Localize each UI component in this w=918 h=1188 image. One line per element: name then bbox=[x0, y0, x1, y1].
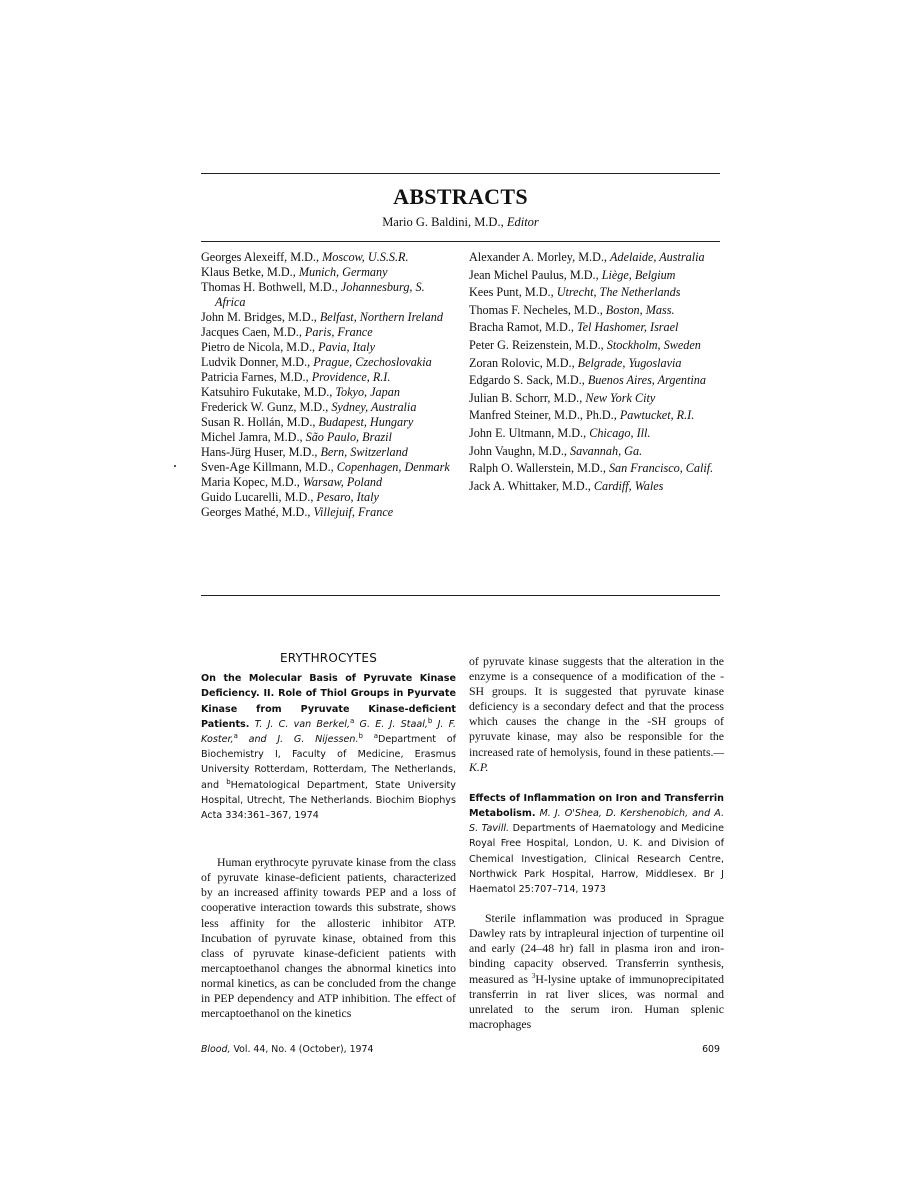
page-title: ABSTRACTS bbox=[201, 184, 720, 210]
member-name: Jacques Caen, M.D., bbox=[201, 325, 302, 339]
member-name: Alexander A. Morley, M.D., bbox=[469, 250, 607, 264]
editor-name: Mario G. Baldini, M.D., bbox=[382, 215, 504, 229]
member-location: Moscow, U.S.S.R. bbox=[322, 250, 408, 264]
board-member: Pietro de Nicola, M.D., Pavia, Italy bbox=[201, 340, 457, 355]
board-member: Jacques Caen, M.D., Paris, France bbox=[201, 325, 457, 340]
page-footer: Blood, Vol. 44, No. 4 (October), 1974 60… bbox=[201, 1044, 720, 1055]
member-location: Liège, Belgium bbox=[602, 268, 676, 282]
board-member: Ludvik Donner, M.D., Prague, Czechoslova… bbox=[201, 355, 457, 370]
member-name: Frederick W. Gunz, M.D., bbox=[201, 400, 328, 414]
member-name: Pietro de Nicola, M.D., bbox=[201, 340, 315, 354]
board-member: Katsuhiro Fukutake, M.D., Tokyo, Japan bbox=[201, 385, 457, 400]
member-location: Adelaide, Australia bbox=[610, 250, 705, 264]
member-name: Georges Mathé, M.D., bbox=[201, 505, 310, 519]
member-location: Copenhagen, Denmark bbox=[337, 460, 450, 474]
abstract2-citation: Effects of Inflammation on Iron and Tran… bbox=[469, 791, 724, 897]
member-location: Belfast, Northern Ireland bbox=[320, 310, 443, 324]
member-name: John E. Ultmann, M.D., bbox=[469, 426, 586, 440]
member-name: Katsuhiro Fukutake, M.D., bbox=[201, 385, 332, 399]
footnote-marker: a bbox=[350, 717, 354, 725]
member-name: Guido Lucarelli, M.D., bbox=[201, 490, 313, 504]
footnote-marker: b bbox=[359, 732, 363, 740]
board-member: Zoran Rolovic, M.D., Belgrade, Yugoslavi… bbox=[469, 356, 731, 371]
editorial-board-left: Georges Alexeiff, M.D., Moscow, U.S.S.R.… bbox=[201, 250, 457, 520]
top-rule bbox=[201, 173, 720, 174]
board-member: Alexander A. Morley, M.D., Adelaide, Aus… bbox=[469, 250, 731, 265]
abstract1-affiliation-b: Hematological Department, State Universi… bbox=[201, 780, 456, 821]
member-name: Kees Punt, M.D., bbox=[469, 285, 554, 299]
member-name: Patricia Farnes, M.D., bbox=[201, 370, 309, 384]
board-member: Jack A. Whittaker, M.D., Cardiff, Wales bbox=[469, 479, 731, 494]
footnote-marker: b bbox=[428, 717, 432, 725]
member-location: San Francisco, Calif. bbox=[609, 461, 713, 475]
member-name: Sven-Age Killmann, M.D., bbox=[201, 460, 334, 474]
member-name: Thomas H. Bothwell, M.D., bbox=[201, 280, 338, 294]
member-name: John M. Bridges, M.D., bbox=[201, 310, 317, 324]
member-name: Michel Jamra, M.D., bbox=[201, 430, 303, 444]
board-member: Thomas H. Bothwell, M.D., Johannesburg, … bbox=[201, 280, 457, 310]
member-location: Munich, Germany bbox=[299, 265, 388, 279]
member-name: Ralph O. Wallerstein, M.D., bbox=[469, 461, 606, 475]
abstract1-author: G. E. J. Staal, bbox=[360, 719, 428, 730]
member-name: Jack A. Whittaker, M.D., bbox=[469, 479, 591, 493]
member-location: Boston, Mass. bbox=[606, 303, 675, 317]
page-number: 609 bbox=[702, 1044, 720, 1055]
member-location: New York City bbox=[585, 391, 655, 405]
abstract1-body-continued: of pyruvate kinase suggests that the alt… bbox=[469, 654, 724, 775]
abstract2-body: Sterile inflammation was produced in Spr… bbox=[469, 911, 724, 1032]
member-location: Villejuif, France bbox=[314, 505, 394, 519]
member-name: Thomas F. Necheles, M.D., bbox=[469, 303, 603, 317]
board-member: Sven-Age Killmann, M.D., Copenhagen, Den… bbox=[201, 460, 457, 475]
abstract1-author: T. J. C. van Berkel, bbox=[255, 719, 350, 730]
member-name: Jean Michel Paulus, M.D., bbox=[469, 268, 599, 282]
member-location: Pawtucket, R.I. bbox=[620, 408, 694, 422]
footer-issue: Vol. 44, No. 4 (October), 1974 bbox=[233, 1044, 373, 1055]
member-location: Belgrade, Yugoslavia bbox=[578, 356, 682, 370]
member-name: Peter G. Reizenstein, M.D., bbox=[469, 338, 604, 352]
footer-journal: Blood, bbox=[201, 1044, 230, 1055]
board-member: Thomas F. Necheles, M.D., Boston, Mass. bbox=[469, 303, 731, 318]
journal-page: ABSTRACTS Mario G. Baldini, M.D., Editor… bbox=[0, 0, 918, 1188]
board-member: Julian B. Schorr, M.D., New York City bbox=[469, 391, 731, 406]
board-member: Peter G. Reizenstein, M.D., Stockholm, S… bbox=[469, 338, 731, 353]
member-location: São Paulo, Brazil bbox=[306, 430, 392, 444]
member-name: Manfred Steiner, M.D., Ph.D., bbox=[469, 408, 617, 422]
member-location: Chicago, Ill. bbox=[589, 426, 650, 440]
member-name: Maria Kopec, M.D., bbox=[201, 475, 300, 489]
board-member: John E. Ultmann, M.D., Chicago, Ill. bbox=[469, 426, 731, 441]
member-location: Tokyo, Japan bbox=[335, 385, 400, 399]
board-member: Georges Alexeiff, M.D., Moscow, U.S.S.R. bbox=[201, 250, 457, 265]
board-member: Edgardo S. Sack, M.D., Buenos Aires, Arg… bbox=[469, 373, 731, 388]
member-location: Utrecht, The Netherlands bbox=[557, 285, 681, 299]
footnote-marker: a bbox=[234, 732, 238, 740]
board-member: Klaus Betke, M.D., Munich, Germany bbox=[201, 265, 457, 280]
board-member: Georges Mathé, M.D., Villejuif, France bbox=[201, 505, 457, 520]
abstract1-body-text: of pyruvate kinase suggests that the alt… bbox=[469, 654, 724, 759]
scan-speck bbox=[174, 465, 176, 467]
member-location: Paris, France bbox=[305, 325, 373, 339]
board-member: Patricia Farnes, M.D., Providence, R.I. bbox=[201, 370, 457, 385]
board-member: John Vaughn, M.D., Savannah, Ga. bbox=[469, 444, 731, 459]
member-location: Sydney, Australia bbox=[331, 400, 416, 414]
abstract1-author: and J. G. Nijessen. bbox=[249, 734, 359, 745]
abstract1-citation: On the Molecular Basis of Pyruvate Kinas… bbox=[201, 671, 456, 823]
member-location: Prague, Czechoslovakia bbox=[313, 355, 431, 369]
header-bottom-rule bbox=[201, 241, 720, 242]
member-location: Buenos Aires, Argentina bbox=[588, 373, 706, 387]
member-location: Tel Hashomer, Israel bbox=[577, 320, 678, 334]
member-name: Bracha Ramot, M.D., bbox=[469, 320, 574, 334]
member-location: Stockholm, Sweden bbox=[607, 338, 701, 352]
member-name: John Vaughn, M.D., bbox=[469, 444, 567, 458]
member-name: Edgardo S. Sack, M.D., bbox=[469, 373, 585, 387]
member-location: Pesaro, Italy bbox=[316, 490, 379, 504]
member-name: Zoran Rolovic, M.D., bbox=[469, 356, 575, 370]
board-member: Manfred Steiner, M.D., Ph.D., Pawtucket,… bbox=[469, 408, 731, 423]
column-left: ERYTHROCYTES On the Molecular Basis of P… bbox=[201, 651, 456, 1021]
member-name: Susan R. Hollán, M.D., bbox=[201, 415, 315, 429]
board-member: Guido Lucarelli, M.D., Pesaro, Italy bbox=[201, 490, 457, 505]
abstract1-body: Human erythrocyte pyruvate kinase from t… bbox=[201, 855, 456, 1021]
member-location: Warsaw, Poland bbox=[303, 475, 382, 489]
member-name: Julian B. Schorr, M.D., bbox=[469, 391, 582, 405]
column-right: of pyruvate kinase suggests that the alt… bbox=[469, 654, 724, 1032]
board-member: Jean Michel Paulus, M.D., Liège, Belgium bbox=[469, 268, 731, 283]
board-member: Bracha Ramot, M.D., Tel Hashomer, Israel bbox=[469, 320, 731, 335]
board-member: Frederick W. Gunz, M.D., Sydney, Austral… bbox=[201, 400, 457, 415]
board-member: Susan R. Hollán, M.D., Budapest, Hungary bbox=[201, 415, 457, 430]
member-location: Cardiff, Wales bbox=[594, 479, 664, 493]
member-name: Ludvik Donner, M.D., bbox=[201, 355, 310, 369]
editor-role: Editor bbox=[507, 215, 539, 229]
section-heading: ERYTHROCYTES bbox=[201, 651, 456, 666]
editorial-board-right: Alexander A. Morley, M.D., Adelaide, Aus… bbox=[469, 250, 731, 496]
editor-line: Mario G. Baldini, M.D., Editor bbox=[201, 215, 720, 230]
board-member: Ralph O. Wallerstein, M.D., San Francisc… bbox=[469, 461, 731, 476]
board-member: Maria Kopec, M.D., Warsaw, Poland bbox=[201, 475, 457, 490]
board-member: John M. Bridges, M.D., Belfast, Northern… bbox=[201, 310, 457, 325]
member-location: Savannah, Ga. bbox=[570, 444, 642, 458]
member-location: Pavia, Italy bbox=[318, 340, 375, 354]
member-name: Hans-Jürg Huser, M.D., bbox=[201, 445, 317, 459]
member-location: Providence, R.I. bbox=[312, 370, 391, 384]
board-bottom-rule bbox=[201, 595, 720, 596]
member-location: Bern, Switzerland bbox=[320, 445, 407, 459]
member-location: Budapest, Hungary bbox=[318, 415, 413, 429]
board-member: Michel Jamra, M.D., São Paulo, Brazil bbox=[201, 430, 457, 445]
member-name: Klaus Betke, M.D., bbox=[201, 265, 296, 279]
board-member: Hans-Jürg Huser, M.D., Bern, Switzerland bbox=[201, 445, 457, 460]
member-name: Georges Alexeiff, M.D., bbox=[201, 250, 319, 264]
board-member: Kees Punt, M.D., Utrecht, The Netherland… bbox=[469, 285, 731, 300]
